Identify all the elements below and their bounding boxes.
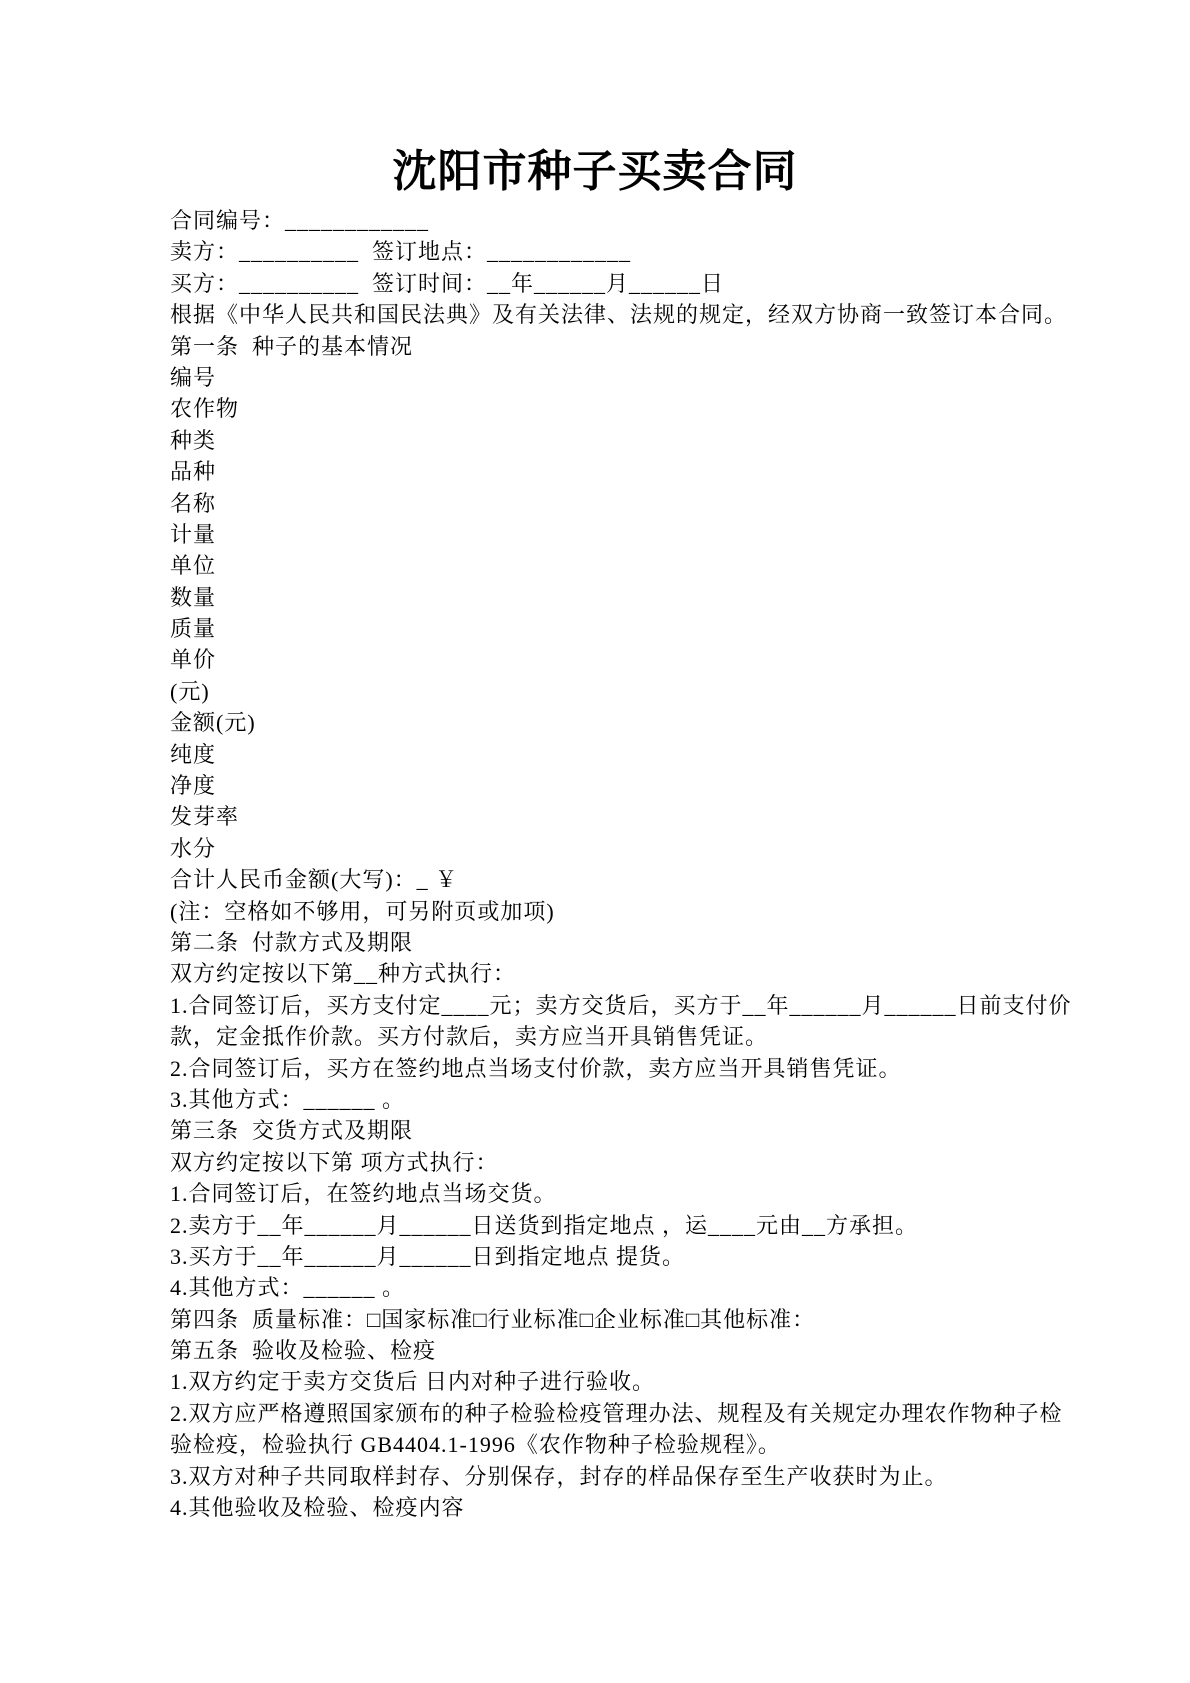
document-line: (元): [170, 676, 1040, 707]
document-line: 3.双方对种子共同取样封存、分别保存，封存的样品保存至生产收获时为止。: [170, 1461, 1040, 1492]
document-line: 双方约定按以下第 项方式执行：: [170, 1147, 1040, 1178]
document-line: 合同编号：____________: [170, 205, 1040, 236]
document-line: 品种: [170, 456, 1040, 487]
document-line: 种类: [170, 425, 1040, 456]
document-line: 3.其他方式：______ 。: [170, 1084, 1040, 1115]
document-line: 编号: [170, 362, 1040, 393]
contract-document-page: 沈阳市种子买卖合同 合同编号：____________卖方：__________…: [0, 0, 1190, 1683]
document-line: 计量: [170, 519, 1040, 550]
document-line: 第二条 付款方式及期限: [170, 927, 1040, 958]
document-line: 2.合同签订后，买方在签约地点当场支付价款，卖方应当开具销售凭证。: [170, 1053, 1040, 1084]
document-line: 卖方：__________ 签订地点：____________: [170, 236, 1040, 267]
document-line: 发芽率: [170, 801, 1040, 832]
document-line: 1.合同签订后，在签约地点当场交货。: [170, 1178, 1040, 1209]
document-line: (注：空格如不够用，可另附页或加项): [170, 896, 1040, 927]
document-line: 金额(元): [170, 707, 1040, 738]
document-title: 沈阳市种子买卖合同: [0, 148, 1190, 196]
document-line: 验检疫，检验执行 GB4404.1-1996《农作物种子检验规程》。: [170, 1429, 1040, 1460]
document-line: 农作物: [170, 393, 1040, 424]
document-line: 数量: [170, 582, 1040, 613]
document-line: 合计人民币金额(大写)：_ ￥: [170, 864, 1040, 895]
document-line: 1.双方约定于卖方交货后 日内对种子进行验收。: [170, 1366, 1040, 1397]
document-line: 第三条 交货方式及期限: [170, 1115, 1040, 1146]
document-line: 第五条 验收及检验、检疫: [170, 1335, 1040, 1366]
document-line: 净度: [170, 770, 1040, 801]
document-line: 根据《中华人民共和国民法典》及有关法律、法规的规定，经双方协商一致签订本合同。: [170, 299, 1040, 330]
document-line: 2.双方应严格遵照国家颁布的种子检验检疫管理办法、规程及有关规定办理农作物种子检: [170, 1398, 1040, 1429]
document-line: 3.买方于__年______月______日到指定地点 提货。: [170, 1241, 1040, 1272]
document-line: 买方：__________ 签订时间：__年______月______日: [170, 268, 1040, 299]
document-line: 4.其他方式：______ 。: [170, 1272, 1040, 1303]
document-line: 4.其他验收及检验、检疫内容: [170, 1492, 1040, 1523]
document-line: 第四条 质量标准：□国家标准□行业标准□企业标准□其他标准：: [170, 1304, 1040, 1335]
document-line: 2.卖方于__年______月______日送货到指定地点 ，运____元由__…: [170, 1210, 1040, 1241]
document-line: 款，定金抵作价款。买方付款后，卖方应当开具销售凭证。: [170, 1021, 1040, 1052]
document-line: 水分: [170, 833, 1040, 864]
document-line: 单位: [170, 550, 1040, 581]
document-line: 双方约定按以下第__种方式执行：: [170, 958, 1040, 989]
document-line: 1.合同签订后，买方支付定____元；卖方交货后，买方于__年______月__…: [170, 990, 1040, 1021]
document-body: 合同编号：____________卖方：__________ 签订地点：____…: [170, 205, 1040, 1523]
document-line: 名称: [170, 488, 1040, 519]
document-line: 纯度: [170, 739, 1040, 770]
document-line: 质量: [170, 613, 1040, 644]
document-line: 单价: [170, 644, 1040, 675]
document-line: 第一条 种子的基本情况: [170, 331, 1040, 362]
